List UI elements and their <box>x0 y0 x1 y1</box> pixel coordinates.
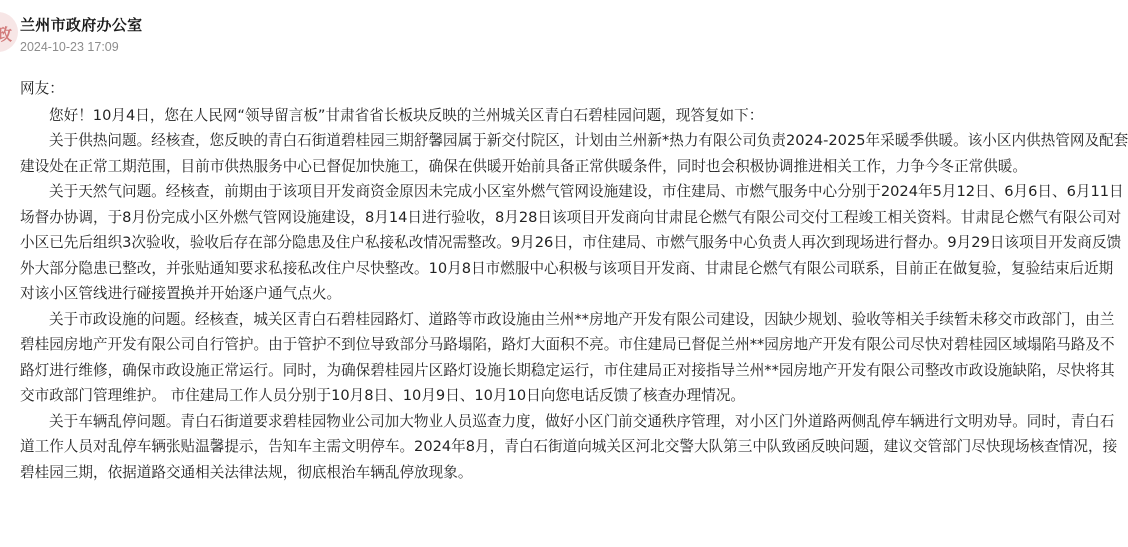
reply-content: 网友： 您好！10月4日，您在人民网“领导留言板”甘肃省省长板块反映的兰州城关区… <box>20 76 1128 485</box>
reply-body: 您好！10月4日，您在人民网“领导留言板”甘肃省省长板块反映的兰州城关区青白石碧… <box>20 103 1128 486</box>
author-name[interactable]: 兰州市政府办公室 <box>20 14 142 35</box>
reply-line: 碧桂园房地产开发有限公司自行管护。由于管护不到位导致部分马路塌陷，路灯大面积不亮… <box>20 332 1128 358</box>
reply-line: 道工作人员对乱停车辆张贴温馨提示，告知车主需文明停车。2024年8月，青白石街道… <box>20 434 1128 460</box>
post-timestamp: 2024-10-23 17:09 <box>20 40 119 54</box>
reply-line: 您好！10月4日，您在人民网“领导留言板”甘肃省省长板块反映的兰州城关区青白石碧… <box>20 103 1128 129</box>
reply-line: 关于市政设施的问题。经核查，城关区青白石碧桂园路灯、道路等市政设施由兰州**房地… <box>20 307 1128 333</box>
reply-line: 关于车辆乱停问题。青白石街道要求碧桂园物业公司加大物业人员巡查力度，做好小区门前… <box>20 409 1128 435</box>
reply-line: 外大部分隐患已整改，并张贴通知要求私接私改住户尽快整改。10月8日市燃服中心积极… <box>20 256 1128 282</box>
reply-line: 对该小区管线进行碰接置换并开始逐户通气点火。 <box>20 281 1128 307</box>
reply-line: 关于供热问题。经核查，您反映的青白石街道碧桂园三期舒馨园属于新交付院区，计划由兰… <box>20 128 1128 154</box>
avatar-glyph: 政 <box>0 22 12 45</box>
reply-line: 碧桂园三期，依据道路交通相关法律法规，彻底根治车辆乱停放现象。 <box>20 460 1128 486</box>
avatar[interactable]: 政 <box>0 12 18 52</box>
reply-line: 场督办协调，于8月份完成小区外燃气管网设施建设，8月14日进行验收，8月28日该… <box>20 205 1128 231</box>
reply-line: 建设处在正常工期范围，目前市供热服务中心已督促加快施工，确保在供暖开始前具备正常… <box>20 154 1128 180</box>
reply-line: 小区已先后组织3次验收，验收后存在部分隐患及住户私接私改情况需整改。9月26日，… <box>20 230 1128 256</box>
reply-salutation: 网友： <box>20 76 1128 102</box>
reply-line: 路灯进行维修，确保市政设施正常运行。同时，为确保碧桂园片区路灯设施长期稳定运行，… <box>20 358 1128 384</box>
reply-line: 关于天然气问题。经核查，前期由于该项目开发商资金原因未完成小区室外燃气管网设施建… <box>20 179 1128 205</box>
reply-line: 交市政部门管理维护。 市住建局工作人员分别于10月8日、10月9日、10月10日… <box>20 383 1128 409</box>
